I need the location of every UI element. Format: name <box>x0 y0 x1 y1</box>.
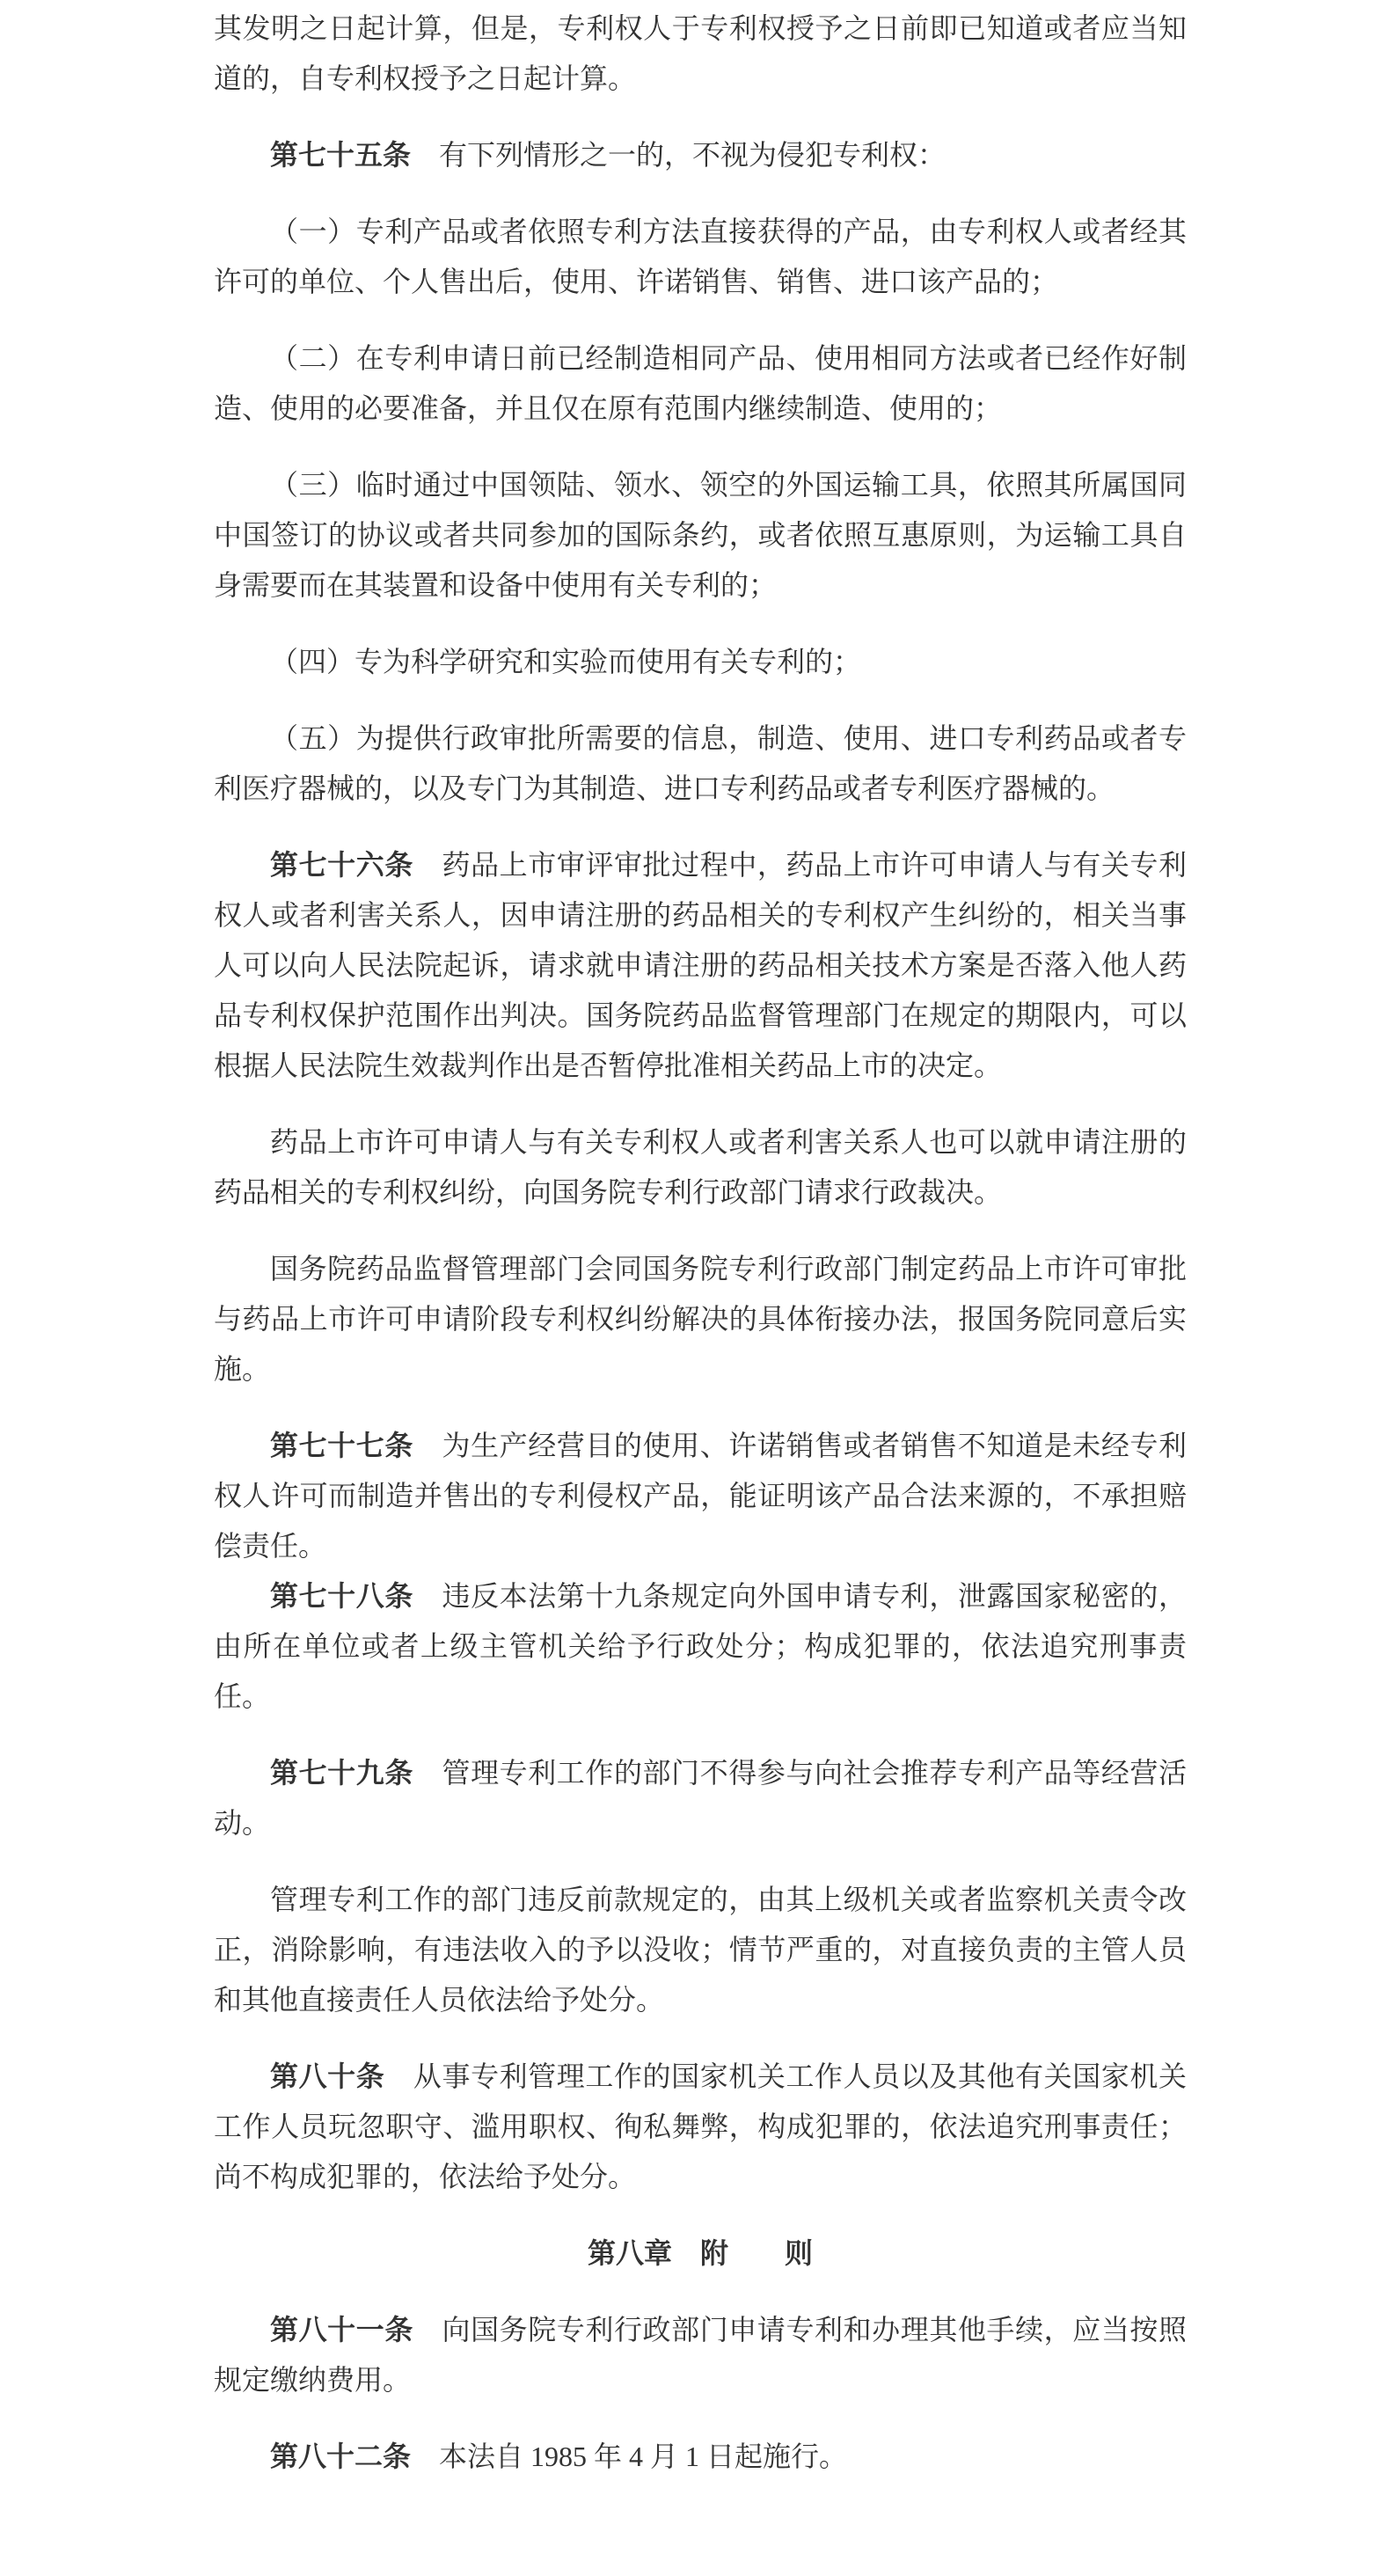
body-paragraph: 国务院药品监督管理部门会同国务院专利行政部门制定药品上市许可审批与药品上市许可申… <box>214 1244 1187 1394</box>
article-number: 第八十一条 <box>270 2314 413 2345</box>
article-paragraph: 第七十五条 有下列情形之一的，不视为侵犯专利权： <box>214 130 1187 180</box>
document-body: 其发明之日起计算，但是，专利权人于专利权授予之日前即已知道或者应当知道的，自专利… <box>214 4 1187 2482</box>
article-number: 第七十九条 <box>270 1757 413 1789</box>
body-paragraph: （二）在专利申请日前已经制造相同产品、使用相同方法或者已经作好制造、使用的必要准… <box>214 333 1187 434</box>
article-paragraph: 第七十六条 药品上市审评审批过程中，药品上市许可申请人与有关专利权人或者利害关系… <box>214 840 1187 1091</box>
body-paragraph: 管理专利工作的部门违反前款规定的，由其上级机关或者监察机关责令改正，消除影响，有… <box>214 1875 1187 2025</box>
article-number: 第七十五条 <box>270 139 411 171</box>
article-paragraph: 第七十九条 管理专利工作的部门不得参与向社会推荐专利产品等经营活动。 <box>214 1748 1187 1848</box>
article-number: 第八十二条 <box>270 2441 411 2472</box>
article-number: 第七十八条 <box>270 1580 413 1612</box>
body-paragraph: （一）专利产品或者依照专利方法直接获得的产品，由专利权人或者经其许可的单位、个人… <box>214 207 1187 307</box>
article-number: 第八十条 <box>270 2060 384 2092</box>
article-paragraph: 第八十二条 本法自 1985 年 4 月 1 日起施行。 <box>214 2432 1187 2482</box>
article-number: 第七十七条 <box>270 1430 413 1461</box>
body-paragraph: （五）为提供行政审批所需要的信息，制造、使用、进口专利药品或者专利医疗器械的，以… <box>214 714 1187 814</box>
body-paragraph: 其发明之日起计算，但是，专利权人于专利权授予之日前即已知道或者应当知道的，自专利… <box>214 4 1187 104</box>
body-paragraph: （四）专为科学研究和实验而使用有关专利的； <box>214 637 1187 687</box>
article-paragraph: 第八十一条 向国务院专利行政部门申请专利和办理其他手续，应当按照规定缴纳费用。 <box>214 2305 1187 2405</box>
body-paragraph: 药品上市许可申请人与有关专利权人或者利害关系人也可以就申请注册的药品相关的专利权… <box>214 1117 1187 1218</box>
body-paragraph: （三）临时通过中国领陆、领水、领空的外国运输工具，依照其所属国同中国签订的协议或… <box>214 460 1187 611</box>
article-paragraph: 第七十八条 违反本法第十九条规定向外国申请专利，泄露国家秘密的，由所在单位或者上… <box>214 1571 1187 1722</box>
document-page: 其发明之日起计算，但是，专利权人于专利权授予之日前即已知道或者应当知道的，自专利… <box>0 0 1396 2576</box>
chapter-heading: 第八章 附 则 <box>214 2228 1187 2279</box>
article-number: 第七十六条 <box>270 849 413 881</box>
article-paragraph: 第七十七条 为生产经营目的使用、许诺销售或者销售不知道是未经专利权人许可而制造并… <box>214 1421 1187 1571</box>
article-paragraph: 第八十条 从事专利管理工作的国家机关工作人员以及其他有关国家机关工作人员玩忽职守… <box>214 2052 1187 2202</box>
